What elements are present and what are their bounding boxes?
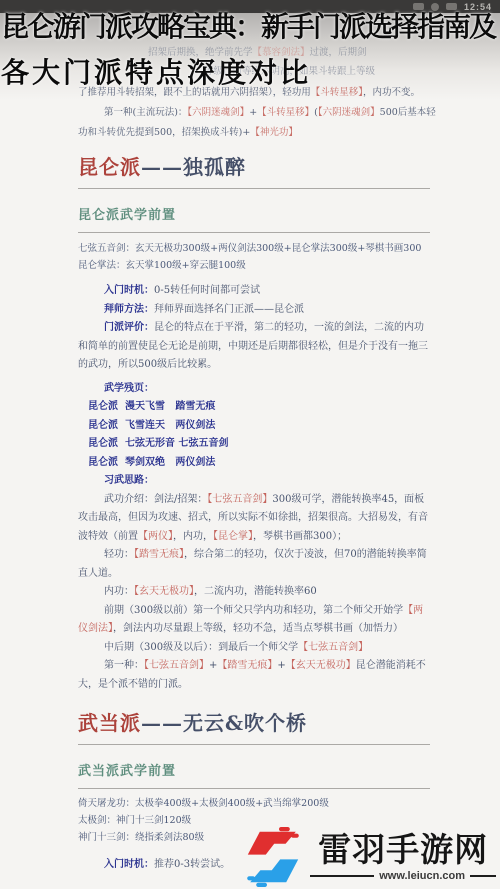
article-document: 招架后期换，绝学前先学【慕容剑法】过渡，后期剑等级比同等级六阴高，如果斗转跟上等… <box>78 12 430 875</box>
headline-line-2: 各大门派特点深度对比 <box>1 50 495 96</box>
body-text: ，内功， <box>173 531 213 542</box>
body-text: 拜师界面选择名门正派——昆仑派 <box>154 304 304 315</box>
body-text: ，琴棋书画都300）； <box>253 531 347 542</box>
skill-page-item: 昆仑派 飞雪连天 两仪剑法 <box>78 417 430 436</box>
body-text: 武功介绍：剑法/招架： <box>104 494 207 505</box>
body-text: + <box>277 660 285 671</box>
article-body: 昆仑派——独孤醉昆仑派武学前置七弦五音剑：玄天无极功300级+两仪剑法300级+… <box>78 12 430 875</box>
paragraph: 中后期（300级及以后）：到最后一个师父学【七弦五音剑】 <box>78 639 430 658</box>
body-text: 第一种(主流玩法)： <box>104 107 187 118</box>
prerequisite-line: 昆仑掌法：玄天掌100级+穿云腿100级 <box>78 257 430 274</box>
faded-doc-line: 功和斗转优先提到500，招架换成斗转)+【神光功】 <box>78 126 298 140</box>
body-text: 功和斗转优先提到500，招架换成斗转)+ <box>78 127 250 138</box>
field-label: 习武思路： <box>104 475 154 486</box>
divider-line <box>78 188 430 189</box>
prerequisite-line: 七弦五音剑：玄天无极功300级+两仪剑法300级+昆仑掌法300级+琴棋书画30… <box>78 240 430 257</box>
paragraph: 习武思路： <box>78 472 430 491</box>
skill-name: 【玄天无极功】 <box>134 586 194 597</box>
skill-name: 【两仪】 <box>138 531 173 542</box>
body-text: ，二流内功，潜能转换率60 <box>194 586 317 597</box>
section-heading: 武当派——无云&吹个桥 <box>78 708 430 738</box>
watermark-site-url: www.leiucn.com <box>379 870 465 882</box>
headline-overlay: 昆仑游门派攻略宝典：新手门派选择指南及 各大门派特点深度对比 <box>1 4 495 96</box>
body-text: 中后期（300级及以后）：到最后一个师父学 <box>104 642 298 653</box>
paragraph: 武学残页： <box>78 380 430 399</box>
field-label: 拜师方法： <box>104 304 154 315</box>
field-label: 门派评价： <box>104 322 154 333</box>
field-label: 入门时机： <box>104 859 154 870</box>
faded-doc-line: 第一种(主流玩法)：【六阴迷魂剑】+【斗转星移】(【六阴迷魂剑】500后基本轻 <box>104 106 436 120</box>
skill-name: 【六阴迷魂剑】 <box>318 107 380 118</box>
body-text: 前期（300级以前）第一个师父只学内功和轻功，第二个师父开始学 <box>104 605 403 616</box>
skill-name: 【神光功】 <box>250 127 298 138</box>
skill-name: 【斗转星移】 <box>257 107 314 118</box>
field-label: 武学残页： <box>104 383 154 394</box>
skill-name: 【七弦五音剑】 <box>144 660 209 671</box>
body-text: 轻功： <box>104 549 134 560</box>
paragraph: 拜师方法：拜师界面选择名门正派——昆仑派 <box>78 301 430 320</box>
spacer <box>78 233 430 240</box>
prerequisite-line: 倚天屠龙功：太极拳400级+太极剑400级+武当绵掌200级 <box>78 795 430 812</box>
body-text: 第一种： <box>104 660 144 671</box>
url-divider-line-left <box>310 875 374 877</box>
paragraph: 门派评价：昆仑的特点在于平滑，第二的轻功，一流的剑法，二流的内功和简单的前置使昆… <box>78 319 430 375</box>
divider-line <box>78 744 430 745</box>
leiyu-logo-icon <box>242 827 304 887</box>
sect-subtitle: ——独孤醉 <box>141 155 246 179</box>
paragraph: 入门时机：0-5转任何时间都可尝试 <box>78 282 430 301</box>
field-label: 入门时机： <box>104 285 154 296</box>
spacer <box>78 274 430 282</box>
watermark-url-row: www.leiucn.com <box>310 870 496 882</box>
skill-name: 【踏雪无痕】 <box>217 660 277 671</box>
watermark-site-name: 雷羽手游网 <box>318 832 488 868</box>
sect-subtitle: ——无云&吹个桥 <box>141 711 307 735</box>
skill-page-item: 昆仑派 七弦无形音 七弦五音剑 <box>78 435 430 454</box>
section-heading: 昆仑派——独孤醉 <box>78 152 430 182</box>
skill-page-item: 昆仑派 漫天飞雪 踏雪无痕 <box>78 398 430 417</box>
body-text: + <box>249 107 257 118</box>
skill-name: 【踏雪无痕】 <box>134 549 184 560</box>
paragraph: 内功：【玄天无极功】，二流内功，潜能转换率60 <box>78 583 430 602</box>
paragraph: 武功介绍：剑法/招架：【七弦五音剑】300级可学，潜能转换率45，面板攻击最高，… <box>78 491 430 547</box>
skill-name: 【六阴迷魂剑】 <box>187 107 249 118</box>
sect-name: 武当派 <box>78 711 141 735</box>
skill-name: 【昆仑掌】 <box>213 531 253 542</box>
watermark: 雷羽手游网 www.leiucn.com <box>242 827 496 887</box>
body-text: 0-5转任何时间都可尝试 <box>154 285 260 296</box>
skill-page-item: 昆仑派 琴剑双绝 两仪剑法 <box>78 454 430 473</box>
headline-line-1: 昆仑游门派攻略宝典：新手门派选择指南及 <box>1 4 495 50</box>
paragraph: 前期（300级以前）第一个师父只学内功和轻功，第二个师父开始学【两仪剑法】，剑法… <box>78 602 430 639</box>
screenshot-root: 12:54 招架后期换，绝学前先学【慕容剑法】过渡，后期剑等级比同等级六阴高，如… <box>0 0 500 889</box>
sect-name: 昆仑派 <box>78 155 141 179</box>
subsection-heading: 武当派武学前置 <box>78 760 430 779</box>
paragraph: 第一种：【七弦五音剑】+【踏雪无痕】+【玄天无极功】昆仑潜能消耗不大，是个派不错… <box>78 657 430 694</box>
body-text: 推荐0-3转尝试。 <box>154 859 230 870</box>
body-text: 500后基本轻 <box>380 107 436 118</box>
body-text: 内功： <box>104 586 134 597</box>
url-divider-line-right <box>470 875 496 877</box>
skill-name: 【七弦五音剑】 <box>298 642 368 653</box>
body-text: ，剑法内功尽量跟上等级，轻功不急，适当点琴棋书画（加悟力） <box>113 623 403 634</box>
skill-name: 【七弦五音剑】 <box>207 494 272 505</box>
subsection-heading: 昆仑派武学前置 <box>78 204 430 223</box>
skill-name: 【玄天无极功】 <box>286 660 356 671</box>
paragraph: 轻功：【踏雪无痕】，综合第二的轻功，仅次于凌波，但70的潜能转换率简直人道。 <box>78 546 430 583</box>
